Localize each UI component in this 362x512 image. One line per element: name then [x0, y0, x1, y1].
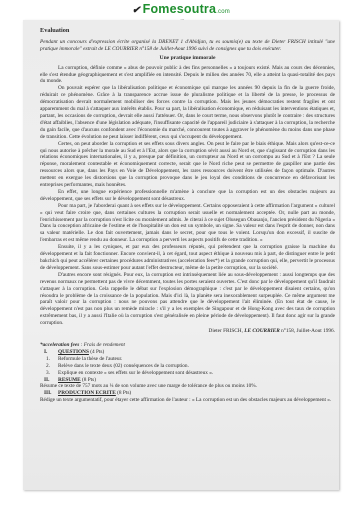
- section-body: Rédige un texte argumentatif, pour étaye…: [40, 397, 335, 404]
- section-number: I.: [44, 349, 58, 356]
- paragraph: La corruption, définie comme « abus de p…: [40, 65, 335, 86]
- question-number: 1.: [46, 356, 58, 363]
- section-questions: I. QUESTIONS (4 Pts): [44, 349, 335, 356]
- section-label: RESUME: [58, 377, 81, 383]
- logo-check-icon: ✔: [132, 4, 141, 17]
- paragraph: En effet, une longue expérience professi…: [40, 189, 335, 203]
- question-text: Explique en contexte « ses effets sur le…: [58, 370, 213, 377]
- question-number: 2.: [46, 363, 58, 370]
- section-number: II.: [44, 377, 58, 384]
- section-points: (8 Pts): [116, 390, 131, 396]
- paragraph: Certes, on peut aborder la corruption et…: [40, 141, 335, 189]
- citation-details: n°158, Juillet-Aout 1996.: [280, 328, 335, 334]
- text-title: Une pratique immorale: [40, 55, 335, 62]
- footnote-term: *acceleration fees: [40, 342, 79, 348]
- citation-author: Dieter FRISCH,: [209, 328, 245, 334]
- citation-source: LE COURRIER: [244, 328, 279, 334]
- question-item: 3. Explique en contexte « ses effets sur…: [46, 370, 335, 377]
- logo-wordmark: ✔Fomesoutra.com: [0, 3, 362, 19]
- question-text: Relève dans le texte deux (02) conséquen…: [58, 363, 189, 370]
- paragraph: D'autres encore sont résignés. Pour eux,…: [40, 272, 335, 327]
- paragraph: On pouvait espérer que la libéralisation…: [40, 85, 335, 140]
- logo-domain: .com: [216, 9, 230, 15]
- section-resume: II. RESUME (8 Pts): [44, 377, 335, 384]
- question-text: Reformule la thèse de l'auteur.: [58, 356, 122, 363]
- section-label: PRODUCTION ECRITE: [58, 390, 116, 396]
- logo-name: Fomesoutra: [143, 2, 217, 16]
- document-content: Evaluation Pendant un concours d'express…: [40, 28, 335, 404]
- paragraph: Ensuite, il y a les cyniques, et par eux…: [40, 244, 335, 272]
- section-points: (8 Pts): [81, 377, 96, 383]
- document-heading: Evaluation: [40, 28, 335, 35]
- section-label: QUESTIONS: [58, 349, 89, 355]
- source-citation: Dieter FRISCH, LE COURRIER n°158, Juille…: [40, 328, 335, 335]
- question-item: 2. Relève dans le texte deux (02) conséq…: [46, 363, 335, 370]
- question-item: 1. Reformule la thèse de l'auteur.: [46, 356, 335, 363]
- paragraph: Pour ma part, je l'aborderai quant à ses…: [40, 203, 335, 244]
- question-number: 3.: [46, 370, 58, 377]
- footnote: *acceleration fees : Frais de rendement: [40, 342, 335, 349]
- intro-instructions: Pendant un concours d'expression écrite …: [40, 39, 335, 53]
- section-points: (4 Pts): [89, 349, 104, 355]
- document-page: Evaluation Pendant un concours d'express…: [23, 20, 339, 490]
- footnote-definition: : Frais de rendement: [79, 342, 125, 348]
